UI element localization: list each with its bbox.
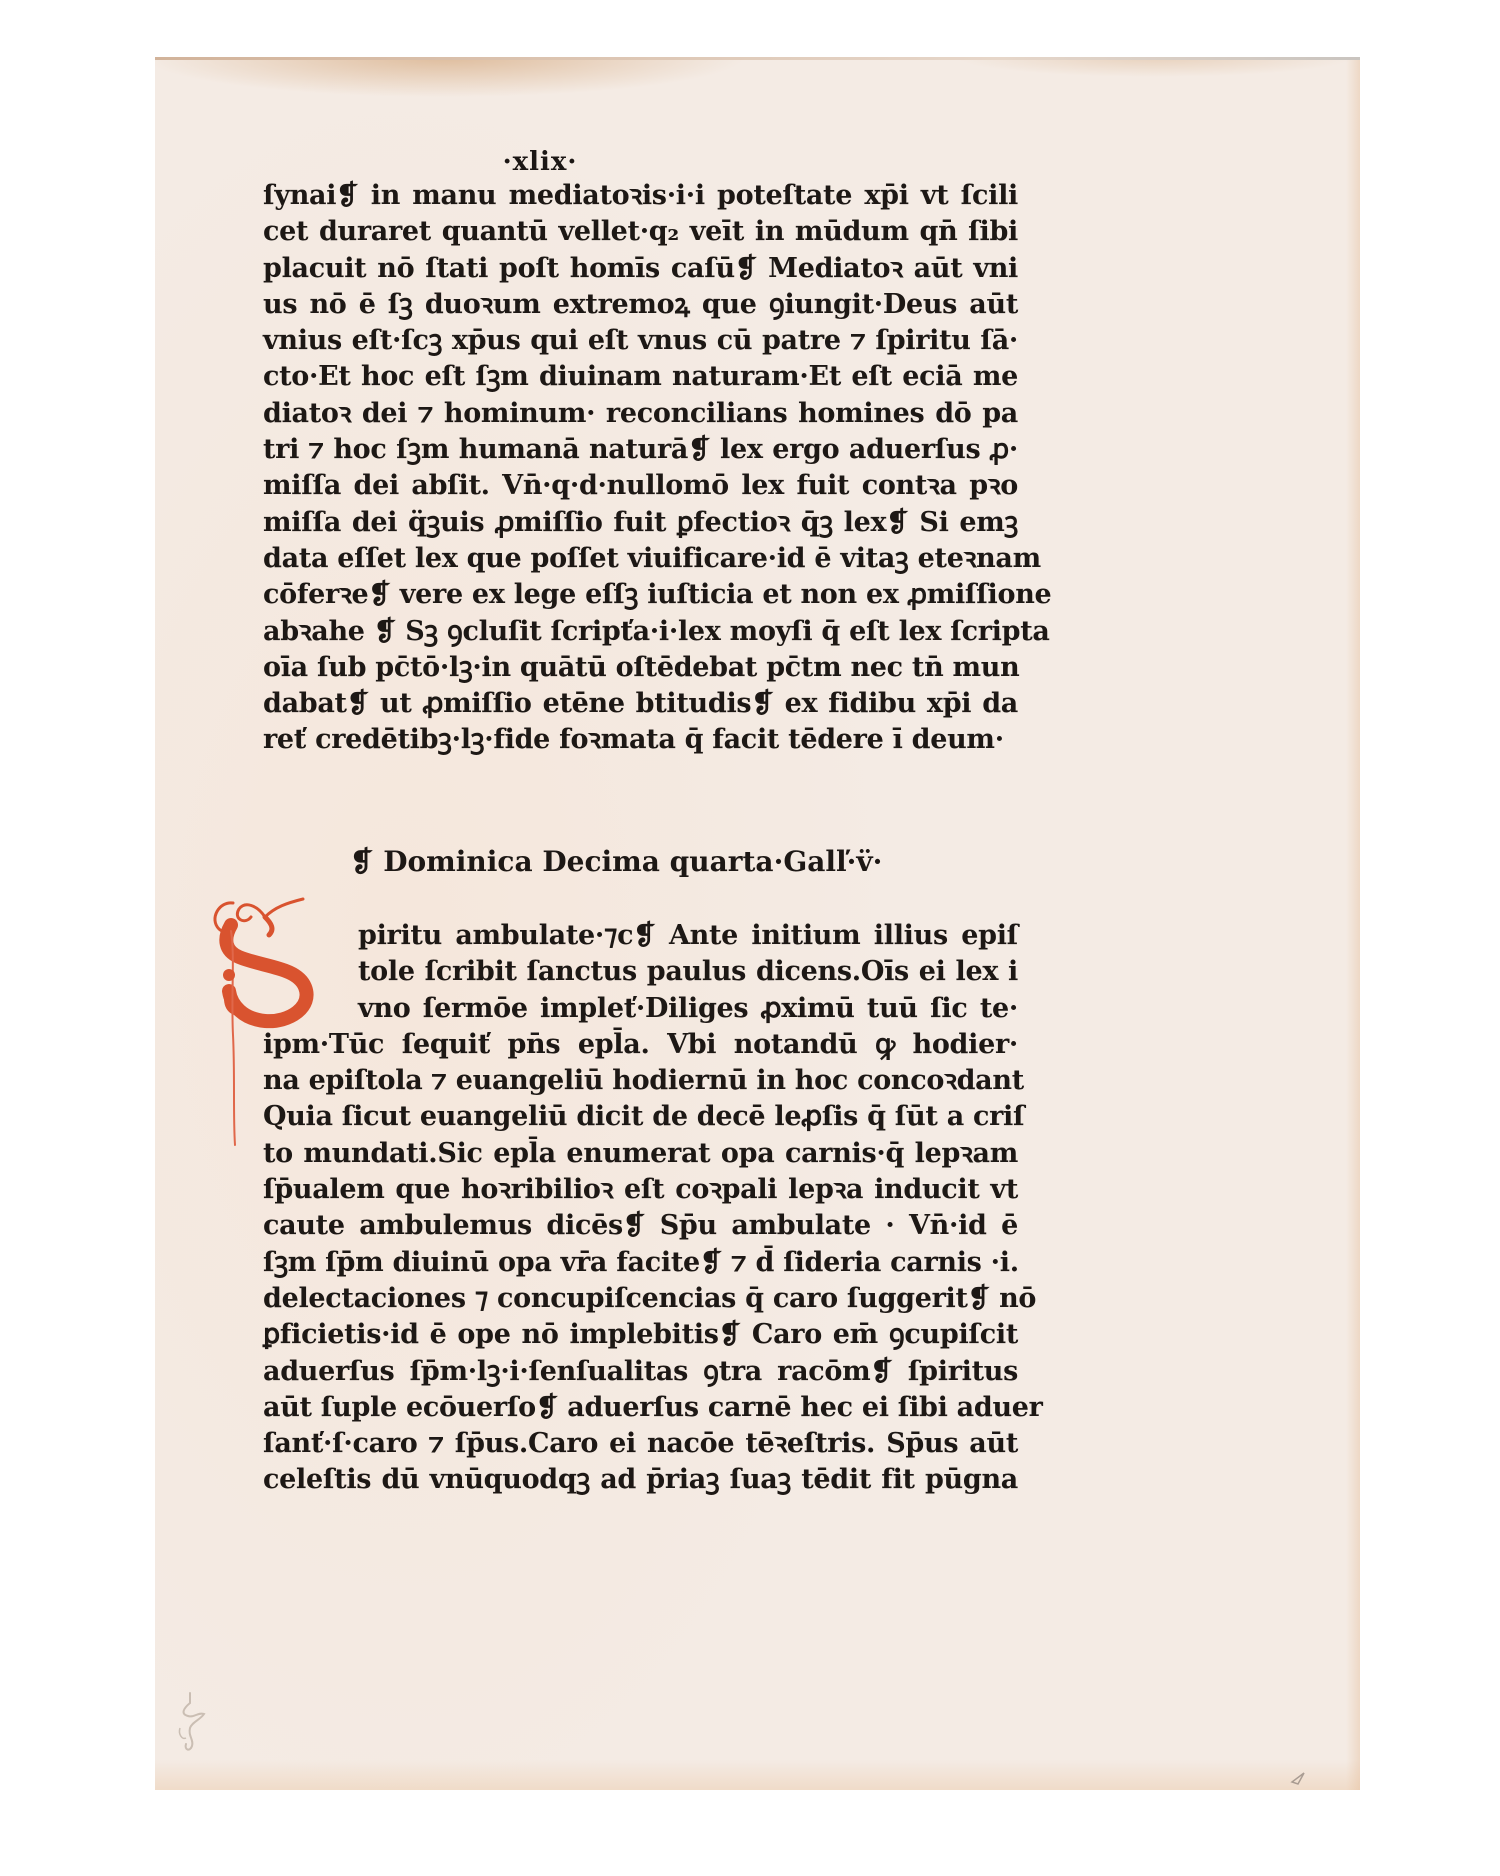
text-line: us nō ē ſꝫ duoꝛum extremoꝝ que ꝯiungit·D…	[263, 287, 1018, 323]
folio-number: ·xlix·	[420, 147, 660, 177]
text-line: ſanť·ſ·caro ⁊ ſp̄us.Caro ei nacōe tēꝛeſt…	[263, 1426, 1018, 1462]
text-line: reť credētibꝫ·lꝫ·fide foꝛmata q̄ facit t…	[263, 722, 1018, 758]
upper-text-block: ſynai❡ in manu mediatoꝛis·i·i poteſtate …	[263, 178, 1018, 759]
text-line: celeſtis dū vnūquodqꝫ ad p̄riaꝫ ſuaꝫ tēd…	[263, 1462, 1018, 1498]
page-top-edge	[155, 57, 1360, 60]
text-line: aduerſus ſp̄m·lꝫ·i·ſenſualitas ꝯtra racō…	[263, 1354, 1018, 1390]
text-line: placuit nō ſtati poſt homīs caſū❡ Mediat…	[263, 251, 1018, 287]
text-line: ſꝫm ſp̄m diuinū opa vr̄a facite❡ ⁊ d̄ ſi…	[263, 1245, 1018, 1281]
text-line: ſynai❡ in manu mediatoꝛis·i·i poteſtate …	[263, 178, 1018, 214]
watermark-mark-icon	[170, 1688, 220, 1758]
pencil-mark-icon	[1290, 1770, 1310, 1786]
text-line: vnius eſt·ſcꝫ xp̄us qui eſt vnus cū patr…	[263, 323, 1018, 359]
text-line: cto·Et hoc eſt ſꝫm diuinam naturam·Et eſ…	[263, 359, 1018, 395]
text-line: cōferꝛe❡ vere ex lege eſſꝫ iuſticia et n…	[263, 577, 1018, 613]
text-line: oīa ſub pc̄tō·lꝫ·in quātū oſtēdebat pc̄t…	[263, 650, 1018, 686]
text-line: miſſa dei abſit. Vn̄·q·d·nullomō lex fui…	[263, 468, 1018, 504]
text-line: cet duraret quantū vellet·q₂ veīt in mūd…	[263, 214, 1018, 250]
text-line: ꝑficietis·id ē ope nō implebitis❡ Caro e…	[263, 1317, 1018, 1353]
text-line: diatoꝛ dei ⁊ hominum· reconcilians homin…	[263, 396, 1018, 432]
epistle-text-block: piritu ambulate·⁊c❡ Ante initium illius …	[263, 918, 1018, 1499]
text-line: Quia ſicut euangeliū dicit de decē leꝓſi…	[263, 1099, 1018, 1135]
text-line: abꝛahe ❡ Sꝫ ꝯcluſit ſcripťa·i·lex moyſi …	[263, 614, 1018, 650]
section-heading: ❡ Dominica Decima quarta·Galľ·v̈·	[350, 845, 882, 878]
text-line: tole ſcribit ſanctus paulus dicens.Oīs e…	[263, 954, 1018, 990]
text-line: vno ſermōe impleť·Diliges ꝓximū tuū ſic …	[263, 991, 1018, 1027]
text-line: ipm·Tūc ſequiť pn̄s epl̄a. Vbi notandū ꝙ…	[263, 1027, 1018, 1063]
text-line: aūt ſuple ecōuerſo❡ aduerſus carnē hec e…	[263, 1390, 1018, 1426]
text-line: to mundati.Sic epl̄a enumerat opa carnis…	[263, 1136, 1018, 1172]
text-line: miſſa dei q̈ꝫuis ꝓmiſſio fuit ꝑfectioꝛ q…	[263, 505, 1018, 541]
text-line: data eſſet lex que poſſet viuificare·id …	[263, 541, 1018, 577]
text-line: delectaciones ⁊ concupiſcencias q̄ caro …	[263, 1281, 1018, 1317]
text-line: piritu ambulate·⁊c❡ Ante initium illius …	[263, 918, 1018, 954]
text-line: caute ambulemus dicēs❡ Sp̄u ambulate · V…	[263, 1208, 1018, 1244]
text-line: dabat❡ ut ꝓmiſſio etēne btitudis❡ ex fid…	[263, 686, 1018, 722]
text-line: na epiſtola ⁊ euangeliū hodiernū in hoc …	[263, 1063, 1018, 1099]
text-line: ſp̄ualem que hoꝛribilioꝛ eſt coꝛpali lep…	[263, 1172, 1018, 1208]
text-line: tri ⁊ hoc ſꝫm humanā naturā❡ lex ergo ad…	[263, 432, 1018, 468]
